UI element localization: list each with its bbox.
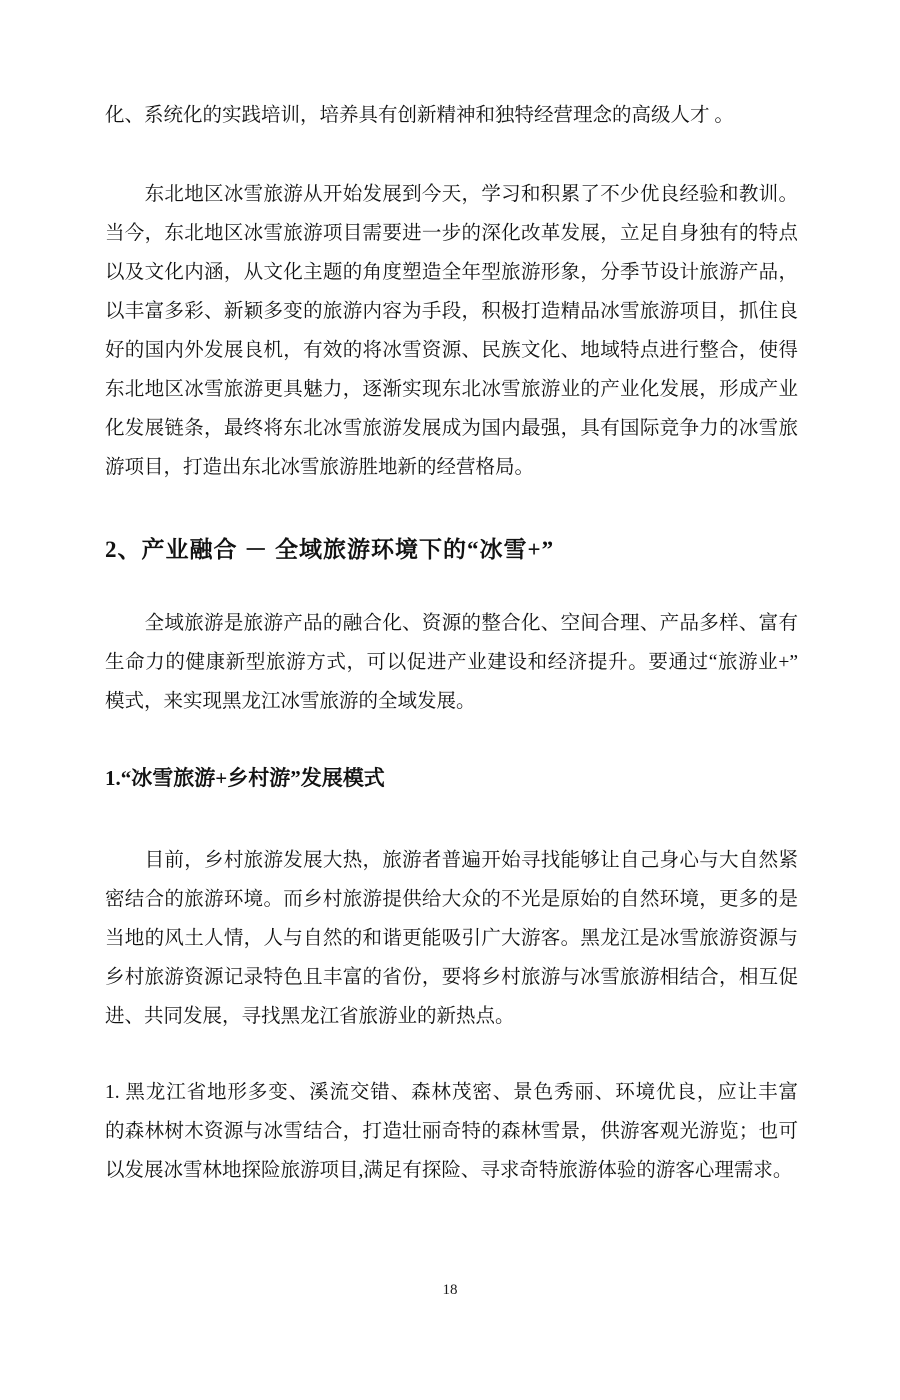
text-line: 进、共同发展，寻找黑龙江省旅游业的新热点。 — [105, 997, 798, 1036]
para-forest-snow-item: 1. 黑龙江省地形多变、溪流交错、森林茂密、景色秀丽、环境优良，应让丰富的森林树… — [105, 1073, 798, 1190]
page-number: 18 — [443, 1282, 458, 1298]
document-content: 化、系统化的实践培训，培养具有创新精神和独特经营理念的高级人才 。 东北地区冰雪… — [105, 96, 798, 1190]
text-line: 的森林树木资源与冰雪结合，打造壮丽奇特的森林雪景，供游客观光游览；也可 — [105, 1112, 798, 1151]
text-line: 化、系统化的实践培训，培养具有创新精神和独特经营理念的高级人才 。 — [105, 96, 798, 135]
text-line: 1. 黑龙江省地形多变、溪流交错、森林茂密、景色秀丽、环境优良，应让丰富 — [105, 1073, 798, 1112]
text-line: 全域旅游是旅游产品的融合化、资源的整合化、空间合理、产品多样、富有 — [105, 604, 798, 643]
text-line: 东北地区冰雪旅游更具魅力，逐渐实现东北冰雪旅游业的产业化发展，形成产业 — [105, 370, 798, 409]
document-page: 化、系统化的实践培训，培养具有创新精神和独特经营理念的高级人才 。 东北地区冰雪… — [0, 0, 900, 1400]
text-line: 游项目，打造出东北冰雪旅游胜地新的经营格局。 — [105, 448, 798, 487]
para-training-tail: 化、系统化的实践培训，培养具有创新精神和独特经营理念的高级人才 。 — [105, 96, 798, 135]
text-line: 东北地区冰雪旅游从开始发展到今天，学习和积累了不少优良经验和教训。 — [105, 175, 798, 214]
text-line: 密结合的旅游环境。而乡村旅游提供给大众的不光是原始的自然环境，更多的是 — [105, 880, 798, 919]
page-footer: 18 — [0, 1280, 900, 1300]
text-line: 当地的风土人情，人与自然的和谐更能吸引广大游客。黑龙江是冰雪旅游资源与 — [105, 919, 798, 958]
heading-industry-integration: 2、产业融合 － 全域旅游环境下的“冰雪+” — [105, 534, 798, 566]
heading-rural-tourism-model: 1.“冰雪旅游+乡村游”发展模式 — [105, 763, 798, 793]
para-all-area-tourism: 全域旅游是旅游产品的融合化、资源的整合化、空间合理、产品多样、富有生命力的健康新… — [105, 604, 798, 721]
text-line: 以丰富多彩、新颖多变的旅游内容为手段，积极打造精品冰雪旅游项目，抓住良 — [105, 292, 798, 331]
text-line: 乡村旅游资源记录特色且丰富的省份，要将乡村旅游与冰雪旅游相结合，相互促 — [105, 958, 798, 997]
text-line: 化发展链条，最终将东北冰雪旅游发展成为国内最强，具有国际竞争力的冰雪旅 — [105, 409, 798, 448]
text-line: 以发展冰雪林地探险旅游项目,满足有探险、寻求奇特旅游体验的游客心理需求。 — [105, 1151, 798, 1190]
text-line: 以及文化内涵，从文化主题的角度塑造全年型旅游形象，分季节设计旅游产品， — [105, 253, 798, 292]
para-northeast-review: 东北地区冰雪旅游从开始发展到今天，学习和积累了不少优良经验和教训。当今，东北地区… — [105, 175, 798, 487]
text-line: 好的国内外发展良机，有效的将冰雪资源、民族文化、地域特点进行整合，使得 — [105, 331, 798, 370]
text-line: 模式，来实现黑龙江冰雪旅游的全域发展。 — [105, 682, 798, 721]
text-line: 生命力的健康新型旅游方式，可以促进产业建设和经济提升。要通过“旅游业+” — [105, 643, 798, 682]
para-rural-tourism: 目前，乡村旅游发展大热，旅游者普遍开始寻找能够让自己身心与大自然紧密结合的旅游环… — [105, 841, 798, 1036]
text-line: 当今，东北地区冰雪旅游项目需要进一步的深化改革发展，立足自身独有的特点 — [105, 214, 798, 253]
text-line: 目前，乡村旅游发展大热，旅游者普遍开始寻找能够让自己身心与大自然紧 — [105, 841, 798, 880]
